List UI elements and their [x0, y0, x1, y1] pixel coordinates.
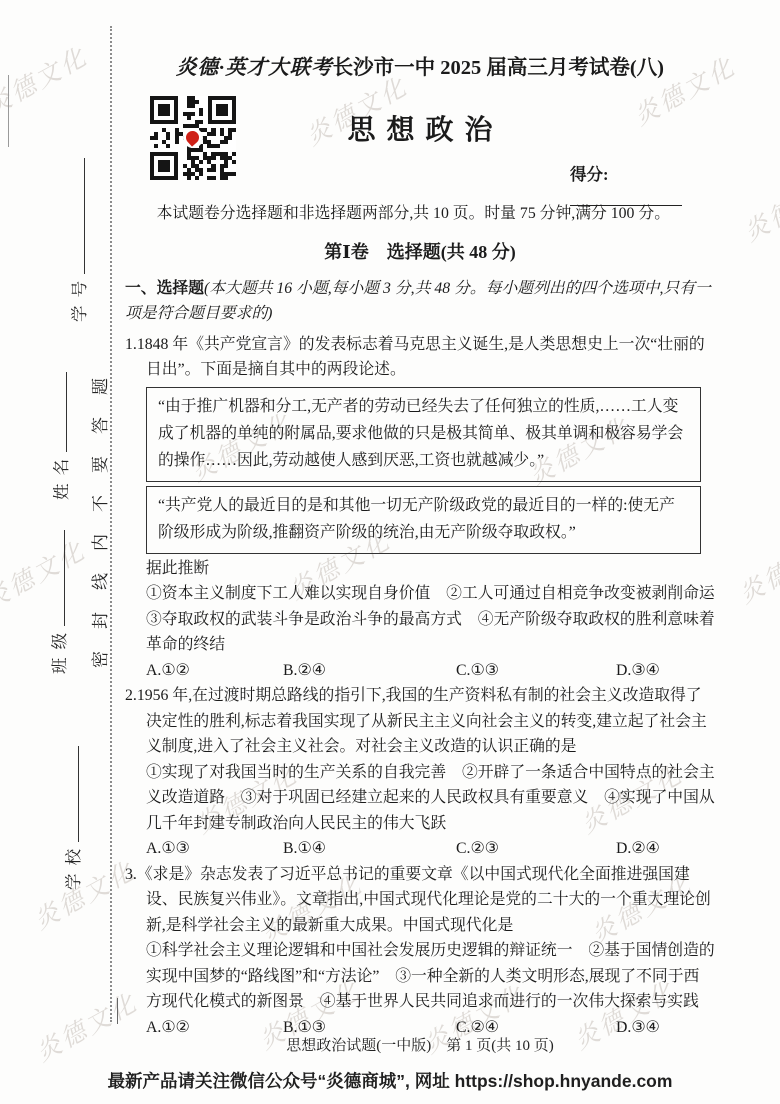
class-label: 班 级 — [50, 631, 69, 674]
question-1-number: 1. — [125, 336, 137, 353]
question-1-items: ①资本主义制度下工人难以实现自身价值 ②工人可通过自相竞争改变被剥削命运 ③夺取… — [125, 581, 715, 658]
choice-a: A.①③ — [146, 836, 283, 862]
choice-c: C.①③ — [456, 658, 616, 684]
footer-page-number: 思想政治试题(一中版) 第 1 页(共 10 页) — [125, 1034, 715, 1055]
choice-c: C.②③ — [456, 836, 616, 862]
question-1-text: 1848 年《共产党宣言》的发表标志着马克思主义诞生,是人类思想史上一次“壮丽的… — [137, 336, 705, 379]
question-3-stem: 3.《求是》杂志发表了习近平总书记的重要文章《以中国式现代化全面推进强国建设、民… — [125, 862, 715, 939]
watermark: 炎德文化 — [0, 37, 94, 123]
page-edge-line — [8, 75, 9, 147]
watermark: 炎德文化 — [731, 525, 780, 611]
main-content: 炎德·英才大联考长沙市一中 2025 届高三月考试卷(八) 思想政治 得分: 本… — [125, 55, 715, 1040]
question-3-number: 3. — [125, 866, 137, 883]
watermark: 炎德文化 — [736, 163, 780, 249]
class-blank — [51, 530, 65, 626]
seal-warning-text: 密封线内不要答题 — [86, 346, 111, 668]
exam-paper-page: 炎德文化 炎德文化 炎德文化 炎德文化 炎德文化 炎德文化 炎德文化 炎德文化 … — [0, 0, 780, 1104]
question-2-choices: A.①③ B.①④ C.②③ D.②④ — [125, 836, 715, 862]
question-1-choices: A.①② B.②④ C.①③ D.③④ — [125, 658, 715, 684]
student-name-field: 姓 名 — [48, 358, 72, 500]
seal-solid-line-segment — [117, 998, 118, 1024]
question-2-items: ①实现了对我国当时的生产关系的自我完善 ②开辟了一条适合中国特点的社会主义改造道… — [125, 760, 715, 837]
class-field: 班 级 — [46, 512, 70, 674]
question-3-items: ①科学社会主义理论逻辑和中国社会发展历史逻辑的辩证统一 ②基于国情创造的实现中国… — [125, 938, 715, 1015]
question-2-text: 1956 年,在过渡时期总路线的指引下,我国的生产资料私有制的社会主义改造取得了… — [137, 687, 707, 755]
question-1-stem: 1.1848 年《共产党宣言》的发表标志着马克思主义诞生,是人类思想史上一次“壮… — [125, 332, 715, 383]
score-label: 得分: — [570, 165, 609, 184]
question-3: 3.《求是》杂志发表了习近平总书记的重要文章《以中国式现代化全面推进强国建设、民… — [125, 862, 715, 1041]
part-1-note: (本大题共 16 小题,每小题 3 分,共 48 分。每小题列出的四个选项中,只… — [125, 280, 711, 323]
question-list: 1.1848 年《共产党宣言》的发表标志着马克思主义诞生,是人类思想史上一次“壮… — [125, 332, 715, 1041]
choice-b: B.②④ — [283, 658, 456, 684]
question-2-number: 2. — [125, 687, 137, 704]
student-name-label: 姓 名 — [52, 457, 71, 500]
section-1-title: 第Ⅰ卷 选择题(共 48 分) — [125, 239, 715, 265]
choice-d: D.③④ — [616, 658, 715, 684]
brand-name: 炎德·英才大联考 — [176, 57, 333, 79]
student-id-label: 学 号 — [70, 279, 89, 322]
student-id-field: 学 号 — [66, 140, 90, 322]
exam-series-title: 炎德·英才大联考长沙市一中 2025 届高三月考试卷(八) — [125, 55, 715, 81]
student-id-blank — [71, 158, 85, 274]
choice-b: B.①④ — [283, 836, 456, 862]
part-1-lead: 一、选择题 — [125, 280, 204, 297]
school-field: 学 校 — [60, 732, 84, 890]
footer-promo-line: 最新产品请关注微信公众号“炎德商城”, 网址 https://shop.hnya… — [0, 1068, 780, 1093]
subject-title: 思想政治 — [125, 113, 715, 149]
score-row: 得分: — [125, 162, 715, 188]
question-2: 2.1956 年,在过渡时期总路线的指引下,我国的生产资料私有制的社会主义改造取… — [125, 683, 715, 862]
question-1: 1.1848 年《共产党宣言》的发表标志着马克思主义诞生,是人类思想史上一次“壮… — [125, 332, 715, 684]
exam-name: 长沙市一中 2025 届高三月考试卷(八) — [333, 57, 664, 79]
part-1-instructions: 一、选择题(本大题共 16 小题,每小题 3 分,共 48 分。每小题列出的四个… — [125, 276, 715, 327]
question-2-stem: 2.1956 年,在过渡时期总路线的指引下,我国的生产资料私有制的社会主义改造取… — [125, 683, 715, 760]
choice-d: D.②④ — [616, 836, 715, 862]
question-1-quote-box-2: “共产党人的最近目的是和其他一切无产阶级政党的最近目的一样的:使无产阶级形成为阶… — [146, 486, 701, 554]
question-1-leadin: 据此推断 — [125, 556, 715, 582]
question-3-text: 《求是》杂志发表了习近平总书记的重要文章《以中国式现代化全面推进强国建设、民族复… — [137, 866, 711, 934]
student-name-blank — [53, 372, 67, 452]
school-blank — [65, 746, 79, 842]
question-1-quote-box-1: “由于推广机器和分工,无产者的劳动已经失去了任何独立的性质,……工人变成了机器的… — [146, 387, 701, 482]
school-label: 学 校 — [64, 847, 83, 890]
exam-intro: 本试题卷分选择题和非选择题两部分,共 10 页。时量 75 分钟,满分 100 … — [125, 201, 715, 227]
choice-a: A.①② — [146, 658, 283, 684]
